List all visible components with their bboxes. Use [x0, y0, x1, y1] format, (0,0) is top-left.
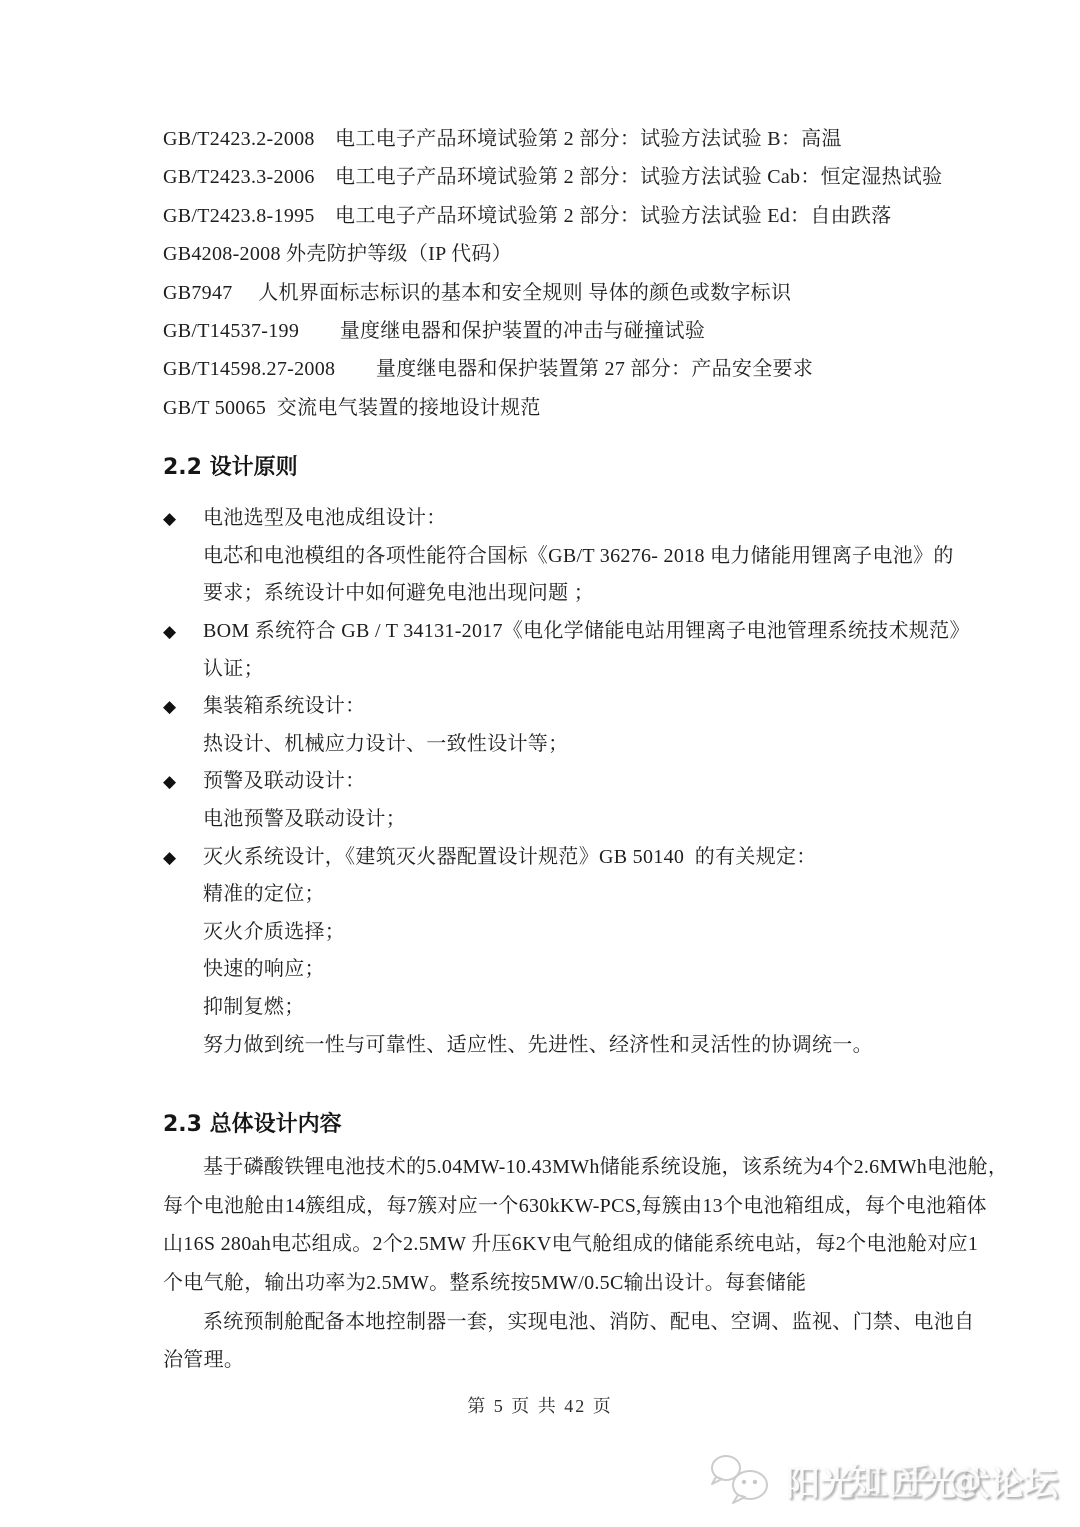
bullet-line: 努力做到统一性与可靠性、适应性、先进性、经济性和灵活性的协调统一。 [203, 1027, 943, 1065]
bullet-text: 预警及联动设计：电池预警及联动设计； [203, 763, 943, 838]
diamond-bullet-icon: ◆ [163, 763, 203, 838]
diamond-bullet-icon: ◆ [163, 613, 203, 688]
bullet-item: ◆电池选型及电池成组设计：电芯和电池模组的各项性能符合国标《GB/T 36276… [163, 500, 943, 613]
standard-line: GB/T2423.8-1995 电工电子产品环境试验第 2 部分：试验方法试验 … [163, 197, 943, 235]
standard-line: GB/T 50065 交流电气装置的接地设计规范 [163, 389, 943, 427]
bullet-text: BOM 系统符合 GB / T 34131-2017《电化学储能电站用锂离子电池… [203, 613, 970, 688]
bullet-line: 快速的响应； [203, 951, 943, 989]
watermark: 阳光工匠光伏论坛 知乎@ [704, 1448, 1058, 1512]
paragraph-line: 每个电池舱由14簇组成，每7簇对应一个630kKW-PCS,每簇由13个电池箱组… [163, 1187, 943, 1226]
standard-line: GB/T2423.3-2006 电工电子产品环境试验第 2 部分：试验方法试验 … [163, 158, 943, 196]
paragraph-line: 山16S 280ah电芯组成。2个2.5MW 升压6KV电气舱组成的储能系统电站… [163, 1225, 943, 1264]
bullet-text: 集装箱系统设计：热设计、机械应力设计、一致性设计等； [203, 688, 943, 763]
diamond-bullet-icon: ◆ [163, 688, 203, 763]
bullet-line: 精准的定位； [203, 876, 943, 914]
bullet-line: 热设计、机械应力设计、一致性设计等； [203, 726, 943, 764]
bullet-line: 电池选型及电池成组设计： [203, 500, 954, 538]
bullet-line: 预警及联动设计： [203, 763, 943, 801]
bullet-text: 电池选型及电池成组设计：电芯和电池模组的各项性能符合国标《GB/T 36276-… [203, 500, 954, 613]
bullet-line: 电芯和电池模组的各项性能符合国标《GB/T 36276- 2018 电力储能用锂… [203, 538, 954, 576]
bullet-text: 灭火系统设计，《建筑灭火器配置设计规范》GB 50140 的有关规定：精准的定位… [203, 839, 943, 1065]
standard-line: GB/T14537-199 量度继电器和保护装置的冲击与碰撞试验 [163, 312, 943, 350]
paragraph-line: 治管理。 [163, 1341, 943, 1380]
body-paragraphs: 基于磷酸铁锂电池技术的5.04MW-10.43MWh储能系统设施，该系统为4个2… [163, 1148, 943, 1380]
bullet-item: ◆BOM 系统符合 GB / T 34131-2017《电化学储能电站用锂离子电… [163, 613, 943, 688]
bullet-line: 抑制复燃； [203, 989, 943, 1027]
watermark-overlay-text: 知乎@ [848, 1453, 998, 1502]
diamond-bullet-icon: ◆ [163, 839, 203, 1065]
bullet-line: 灭火介质选择； [203, 914, 943, 952]
standard-line: GB7947 人机界面标志标识的基本和安全规则 导体的颜色或数字标识 [163, 274, 943, 312]
wechat-icon [704, 1453, 780, 1507]
bullet-line: BOM 系统符合 GB / T 34131-2017《电化学储能电站用锂离子电池… [203, 613, 970, 651]
standard-line: GB/T2423.2-2008 电工电子产品环境试验第 2 部分：试验方法试验 … [163, 120, 943, 158]
diamond-bullet-icon: ◆ [163, 500, 203, 613]
bullet-item: ◆集装箱系统设计：热设计、机械应力设计、一致性设计等； [163, 688, 943, 763]
section-title-2-2: 2.2 设计原则 [163, 453, 943, 483]
bullet-list: ◆电池选型及电池成组设计：电芯和电池模组的各项性能符合国标《GB/T 36276… [163, 500, 943, 1064]
bullet-line: 要求；系统设计中如何避免电池出现问题 ； [203, 575, 954, 613]
paragraph-line: 系统预制舱配备本地控制器一套，实现电池、消防、配电、空调、监视、门禁、电池自 [163, 1303, 943, 1342]
standard-line: GB4208-2008 外壳防护等级（IP 代码） [163, 235, 943, 273]
bullet-item: ◆预警及联动设计：电池预警及联动设计； [163, 763, 943, 838]
page-content: GB/T2423.2-2008 电工电子产品环境试验第 2 部分：试验方法试验 … [163, 120, 943, 1380]
watermark-text-wrap: 阳光工匠光伏论坛 知乎@ [786, 1456, 1058, 1505]
paragraph-line: 个电气舱，输出功率为2.5MW。整系统按5MW/0.5C输出设计。每套储能 [163, 1264, 943, 1303]
bullet-line: 集装箱系统设计： [203, 688, 943, 726]
bullet-line: 认证； [203, 651, 970, 689]
document-page: GB/T2423.2-2008 电工电子产品环境试验第 2 部分：试验方法试验 … [0, 0, 1080, 1527]
section-title-2-3: 2.3 总体设计内容 [163, 1110, 943, 1140]
standards-list: GB/T2423.2-2008 电工电子产品环境试验第 2 部分：试验方法试验 … [163, 120, 943, 427]
page-number-footer: 第 5 页 共 42 页 [0, 1392, 1080, 1418]
bullet-line: 灭火系统设计，《建筑灭火器配置设计规范》GB 50140 的有关规定： [203, 839, 943, 877]
paragraph-line: 基于磷酸铁锂电池技术的5.04MW-10.43MWh储能系统设施，该系统为4个2… [163, 1148, 943, 1187]
bullet-item: ◆灭火系统设计，《建筑灭火器配置设计规范》GB 50140 的有关规定：精准的定… [163, 839, 943, 1065]
standard-line: GB/T14598.27-2008 量度继电器和保护装置第 27 部分：产品安全… [163, 350, 943, 388]
bullet-line: 电池预警及联动设计； [203, 801, 943, 839]
